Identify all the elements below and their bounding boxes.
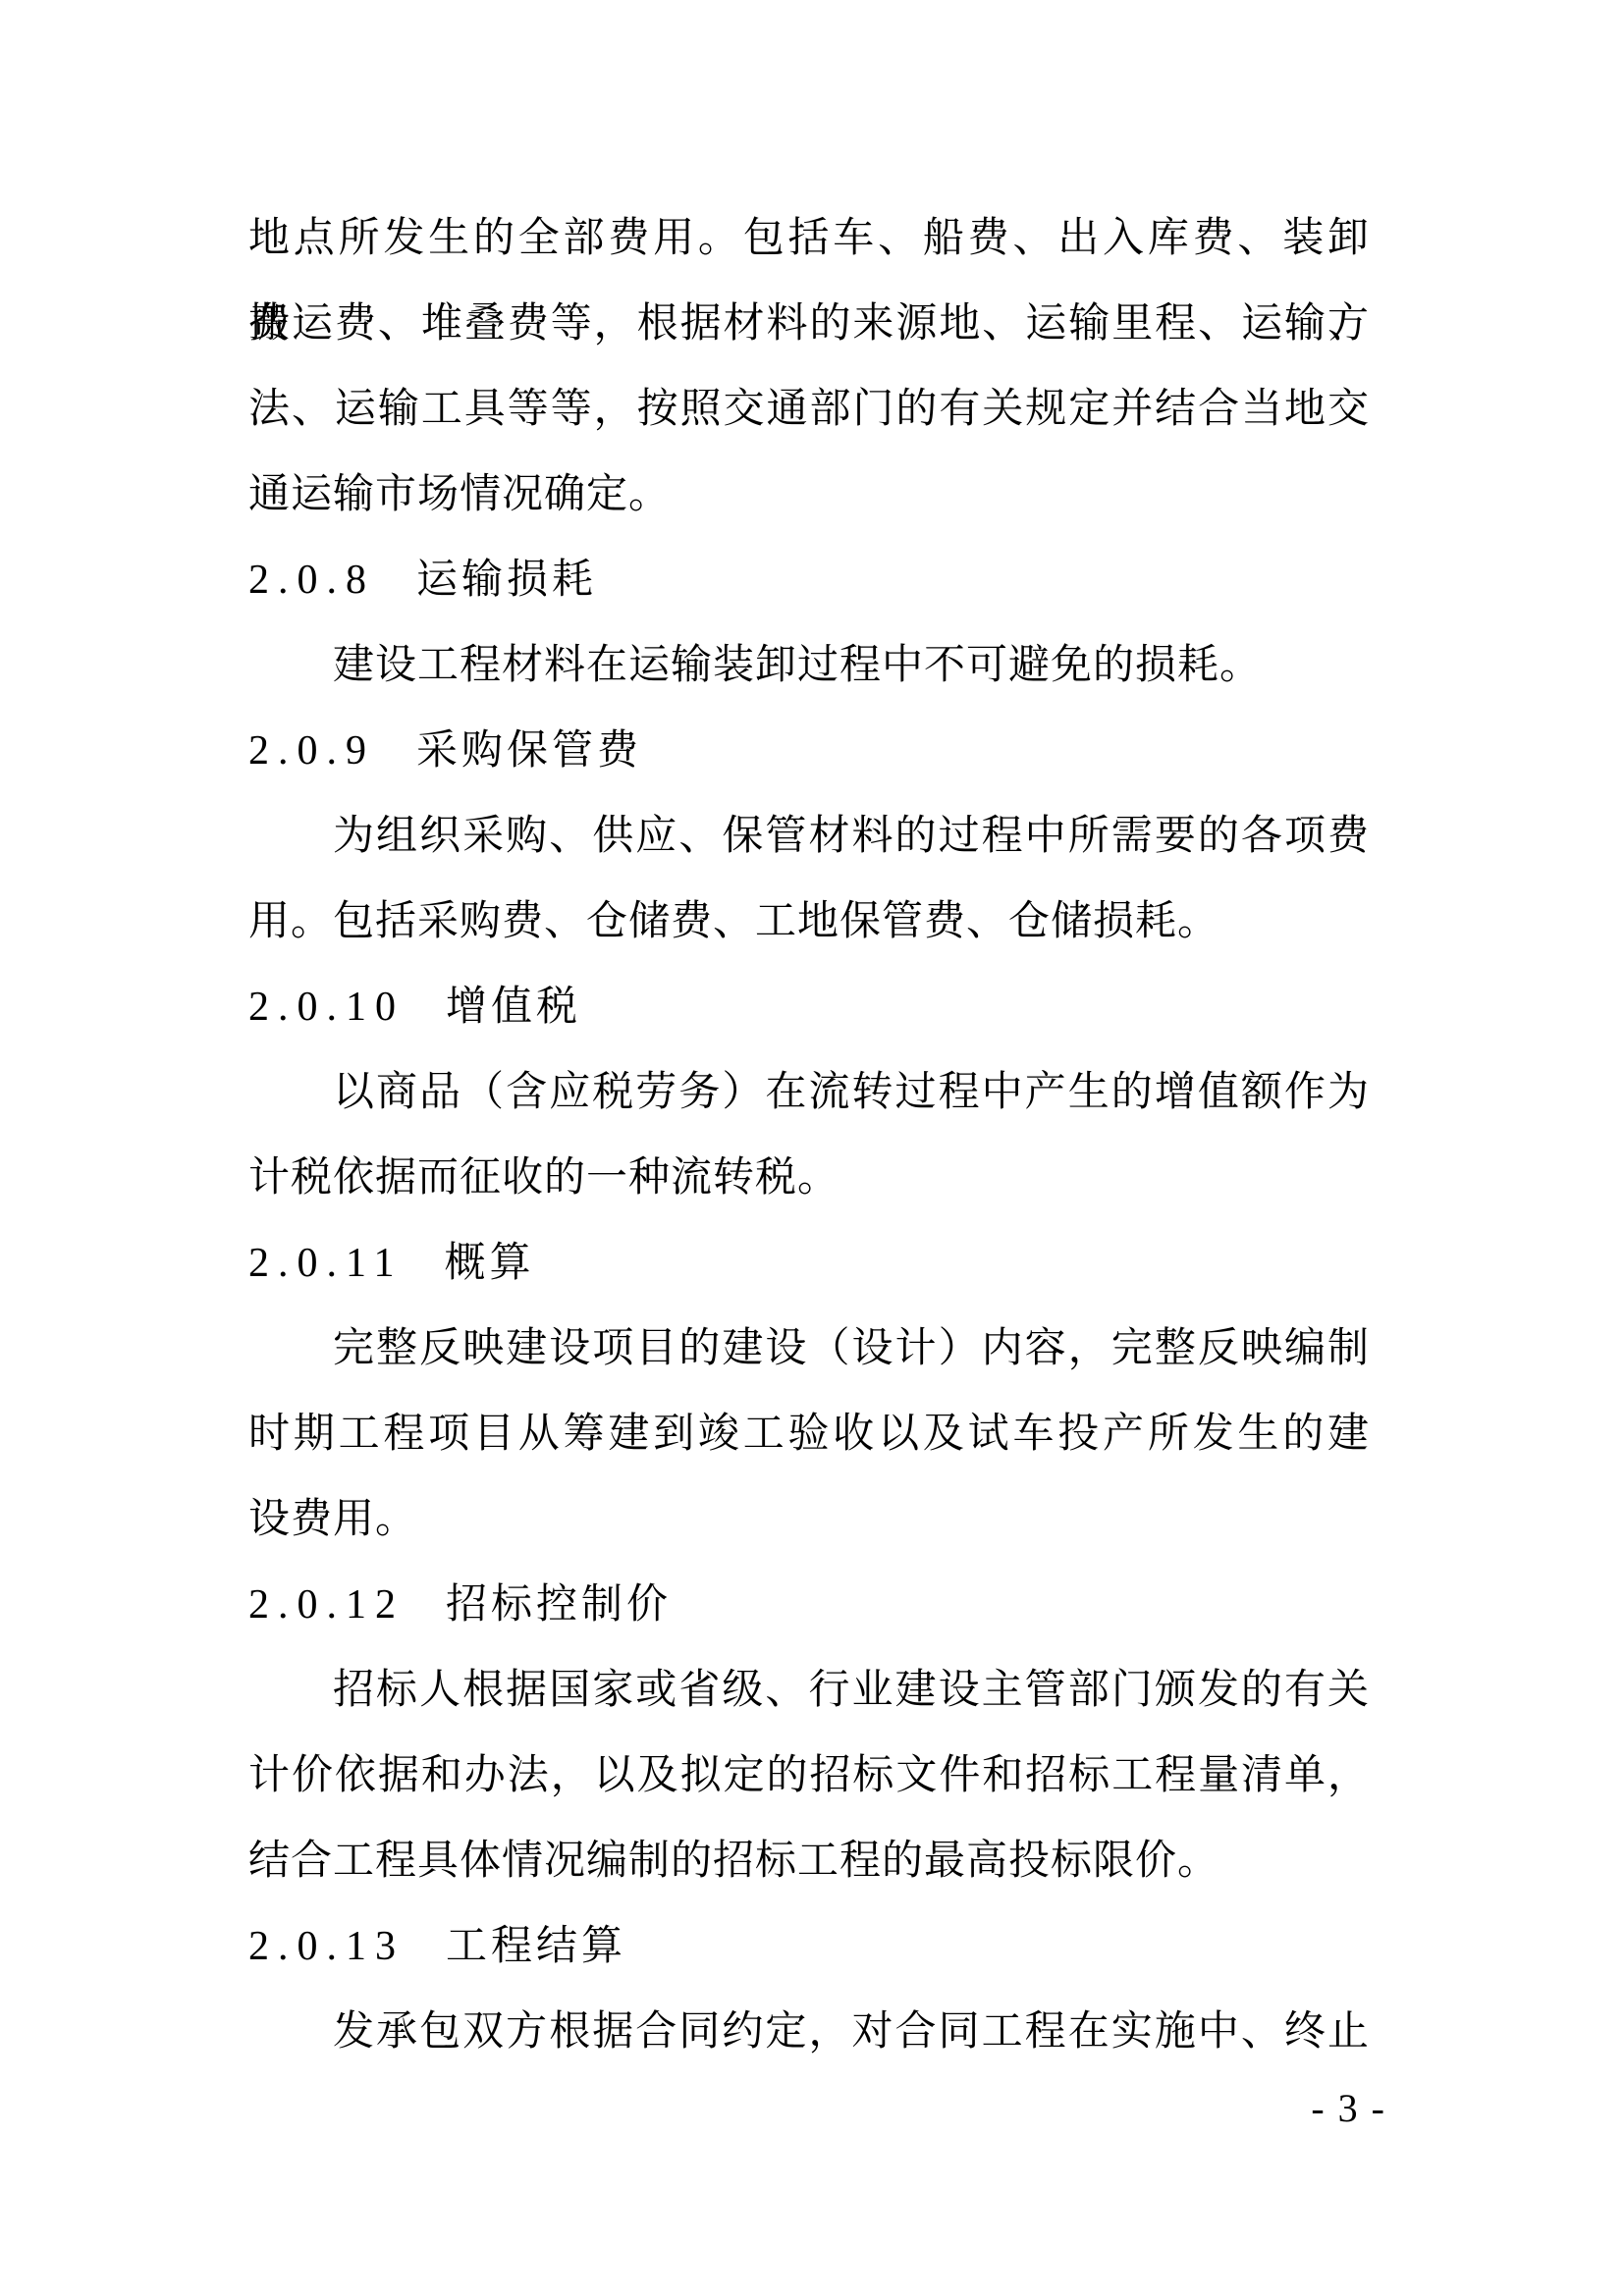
paragraph-line: 用。包括采购费、仓储费、工地保管费、仓储损耗。 (248, 880, 1370, 965)
section-title: 运输损耗 (416, 558, 597, 603)
section-number: 2.0.9 (248, 728, 375, 774)
section-heading: 2.0.13工程结算 (248, 1904, 1370, 1990)
document-body: 地点所发生的全部费用。包括车、船费、出入库费、装卸费、搬运费、堆叠费等，根据材料… (248, 196, 1370, 2075)
section-title: 采购保管费 (416, 728, 642, 774)
section-heading: 2.0.9采购保管费 (248, 709, 1370, 794)
paragraph-line: 建设工程材料在运输装卸过程中不可避免的损耗。 (248, 623, 1370, 709)
paragraph-line: 发承包双方根据合同约定，对合同工程在实施中、终止 (248, 1990, 1370, 2075)
paragraph-line: 设费用。 (248, 1477, 1370, 1563)
paragraph-line: 计价依据和办法，以及拟定的招标文件和招标工程量清单， (248, 1734, 1370, 1819)
paragraph-line: 地点所发生的全部费用。包括车、船费、出入库费、装卸费、 (248, 196, 1370, 282)
section-number: 2.0.8 (248, 558, 375, 603)
section-title: 增值税 (446, 985, 581, 1030)
paragraph-line: 招标人根据国家或省级、行业建设主管部门颁发的有关 (248, 1648, 1370, 1734)
paragraph-line: 搬运费、堆叠费等，根据材料的来源地、运输里程、运输方 (248, 282, 1370, 367)
section-heading: 2.0.8运输损耗 (248, 538, 1370, 623)
section-number: 2.0.10 (248, 985, 405, 1030)
section-title: 概算 (444, 1241, 534, 1286)
section-title: 招标控制价 (446, 1582, 672, 1628)
section-heading: 2.0.12招标控制价 (248, 1563, 1370, 1648)
page-number: - 3 - (1311, 2083, 1386, 2134)
paragraph-line: 通运输市场情况确定。 (248, 453, 1370, 538)
paragraph-line: 计税依据而征收的一种流转税。 (248, 1136, 1370, 1221)
paragraph-line: 为组织采购、供应、保管材料的过程中所需要的各项费 (248, 794, 1370, 880)
section-heading: 2.0.11概算 (248, 1221, 1370, 1307)
section-number: 2.0.12 (248, 1582, 405, 1628)
paragraph-line: 完整反映建设项目的建设（设计）内容，完整反映编制 (248, 1307, 1370, 1392)
paragraph-line: 时期工程项目从筹建到竣工验收以及试车投产所发生的建 (248, 1392, 1370, 1477)
section-number: 2.0.13 (248, 1924, 405, 1969)
section-heading: 2.0.10增值税 (248, 965, 1370, 1050)
paragraph-line: 法、运输工具等等，按照交通部门的有关规定并结合当地交 (248, 367, 1370, 453)
section-title: 工程结算 (446, 1924, 626, 1969)
section-number: 2.0.11 (248, 1241, 403, 1286)
document-page: 地点所发生的全部费用。包括车、船费、出入库费、装卸费、搬运费、堆叠费等，根据材料… (0, 0, 1624, 2296)
paragraph-line: 以商品（含应税劳务）在流转过程中产生的增值额作为 (248, 1050, 1370, 1136)
paragraph-line: 结合工程具体情况编制的招标工程的最高投标限价。 (248, 1819, 1370, 1904)
